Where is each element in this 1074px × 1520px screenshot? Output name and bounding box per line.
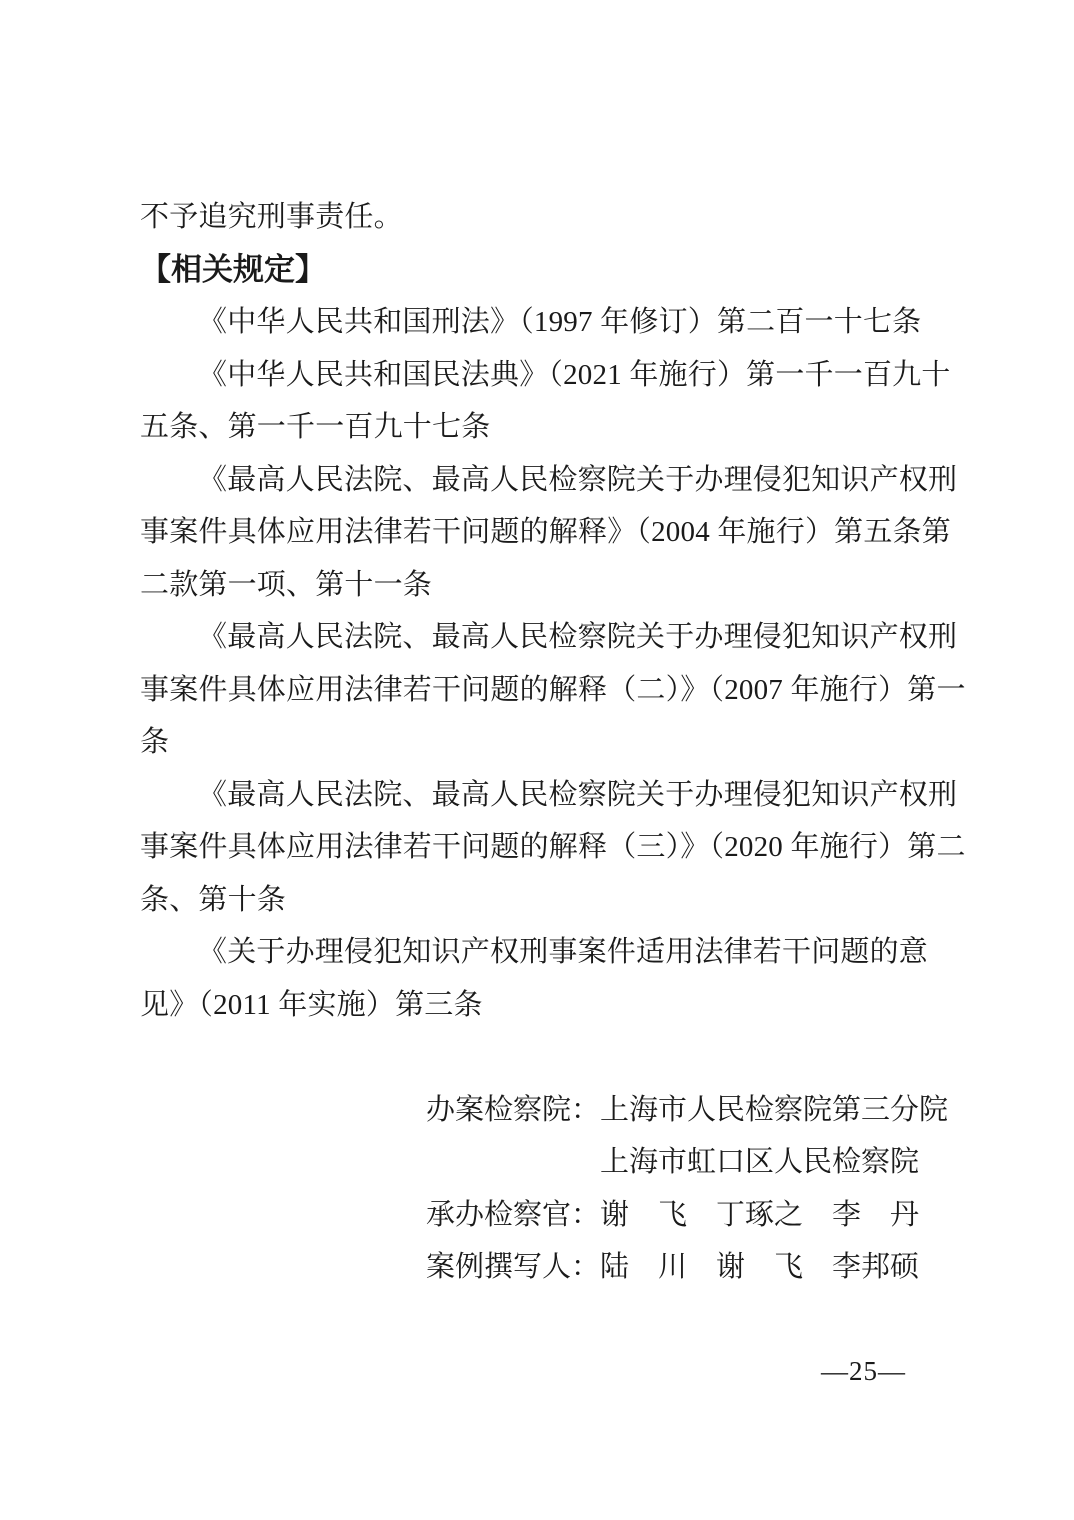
signature-label [426, 1136, 600, 1189]
statute-line: 条、第十条 [140, 874, 935, 927]
statute-line: 《关于办理侵犯知识产权刑事案件适用法律若干问题的意 [140, 926, 935, 979]
signature-value: 谢 飞 丁琢之 李 丹 [600, 1189, 919, 1242]
statute-line: 事案件具体应用法律若干问题的解释》（2004 年施行）第五条第 [140, 506, 935, 559]
intro-line: 不予追究刑事责任。 [140, 191, 935, 244]
document-body: 不予追究刑事责任。 【相关规定】 《中华人民共和国刑法》（1997 年修订）第二… [140, 191, 935, 1294]
statute-line: 《中华人民共和国刑法》（1997 年修订）第二百一十七条 [140, 296, 935, 349]
statute-line: 《最高人民法院、最高人民检察院关于办理侵犯知识产权刑 [140, 769, 935, 822]
statute-line: 《中华人民共和国民法典》（2021 年施行）第一千一百九十 [140, 349, 935, 402]
spacer-line [140, 1031, 935, 1084]
signature-value: 陆 川 谢 飞 李邦硕 [600, 1241, 919, 1294]
signature-value: 上海市虹口区人民检察院 [600, 1136, 919, 1189]
signature-row-handling-prosecutors: 承办检察官： 谢 飞 丁琢之 李 丹 [426, 1189, 935, 1242]
statute-line: 二款第一项、第十一条 [140, 559, 935, 612]
signature-row-prosecutor-office-2: 上海市虹口区人民检察院 [426, 1136, 935, 1189]
document-page: 不予追究刑事责任。 【相关规定】 《中华人民共和国刑法》（1997 年修订）第二… [0, 0, 1074, 1520]
statute-line: 事案件具体应用法律若干问题的解释（三）》（2020 年施行）第二 [140, 821, 935, 874]
statute-line: 事案件具体应用法律若干问题的解释（二）》（2007 年施行）第一 [140, 664, 935, 717]
signature-label: 案例撰写人： [426, 1241, 600, 1294]
signature-label: 承办检察官： [426, 1189, 600, 1242]
statute-line: 《最高人民法院、最高人民检察院关于办理侵犯知识产权刑 [140, 454, 935, 507]
signature-row-case-writers: 案例撰写人： 陆 川 谢 飞 李邦硕 [426, 1241, 935, 1294]
signature-label: 办案检察院： [426, 1084, 600, 1137]
statute-line: 五条、第一千一百九十七条 [140, 401, 935, 454]
page-number: —25— [821, 1356, 906, 1386]
statute-line: 《最高人民法院、最高人民检察院关于办理侵犯知识产权刑 [140, 611, 935, 664]
section-heading: 【相关规定】 [140, 244, 935, 297]
signature-row-prosecutor-office: 办案检察院： 上海市人民检察院第三分院 [426, 1084, 935, 1137]
signature-value: 上海市人民检察院第三分院 [600, 1084, 948, 1137]
statute-line: 条 [140, 716, 935, 769]
statute-line: 见》（2011 年实施）第三条 [140, 979, 935, 1032]
